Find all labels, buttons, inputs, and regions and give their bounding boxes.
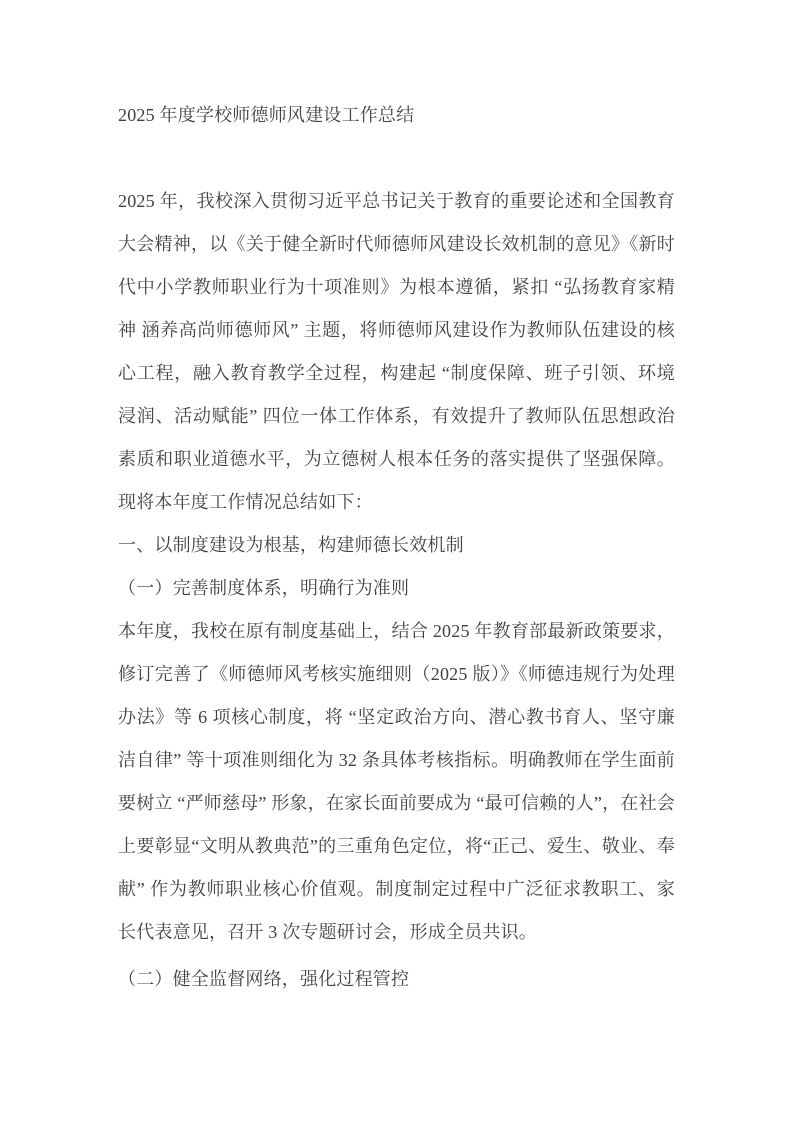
section-heading: （二）健全监督网络，强化过程管控 bbox=[118, 958, 675, 1001]
document-body: 2025 年，我校深入贯彻习近平总书记关于教育的重要论述和全国教育大会精神，以《… bbox=[118, 180, 675, 1001]
body-paragraph: 本年度，我校在原有制度基础上，结合 2025 年教育部最新政策要求，修订完善了《… bbox=[118, 610, 675, 954]
document-title: 2025 年度学校师德师风建设工作总结 bbox=[118, 94, 675, 137]
body-paragraph: 2025 年，我校深入贯彻习近平总书记关于教育的重要论述和全国教育大会精神，以《… bbox=[118, 180, 675, 524]
section-heading: 一、以制度建设为根基，构建师德长效机制 bbox=[118, 524, 675, 567]
section-heading: （一）完善制度体系，明确行为准则 bbox=[118, 567, 675, 610]
document-page: 2025 年度学校师德师风建设工作总结 2025 年，我校深入贯彻习近平总书记关… bbox=[0, 0, 793, 1122]
